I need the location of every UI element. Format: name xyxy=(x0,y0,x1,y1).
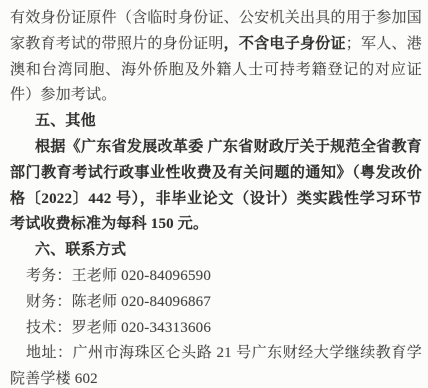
section-heading-other: 五、其他 xyxy=(10,109,422,135)
contact-line-address: 地址：广州市海珠区仑头路 21 号广东财经大学继续教育学院善学楼 602 xyxy=(10,341,422,388)
contact-line-technical: 技术：罗老师 020-34313606 xyxy=(10,316,422,342)
paragraph-fee-policy: 根据《广东省发展改革委 广东省财政厅关于规范全省教育部门教育考试行政事业性收费及… xyxy=(10,135,422,238)
scanned-document-page: 有效身份证原件（含临时身份证、公安机关出具的用于参加国家教育考试的带照片的身份证… xyxy=(0,0,428,388)
contact-line-finance: 财务：陈老师 020-84096867 xyxy=(10,290,422,316)
no-electronic-id-bold-text: ，不含电子身份证 xyxy=(224,36,346,52)
contact-line-exam-affairs: 考务：王老师 020-84096590 xyxy=(10,264,422,290)
paragraph-id-requirements: 有效身份证原件（含临时身份证、公安机关出具的用于参加国家教育考试的带照片的身份证… xyxy=(10,6,422,109)
section-heading-contact: 六、联系方式 xyxy=(10,238,422,264)
